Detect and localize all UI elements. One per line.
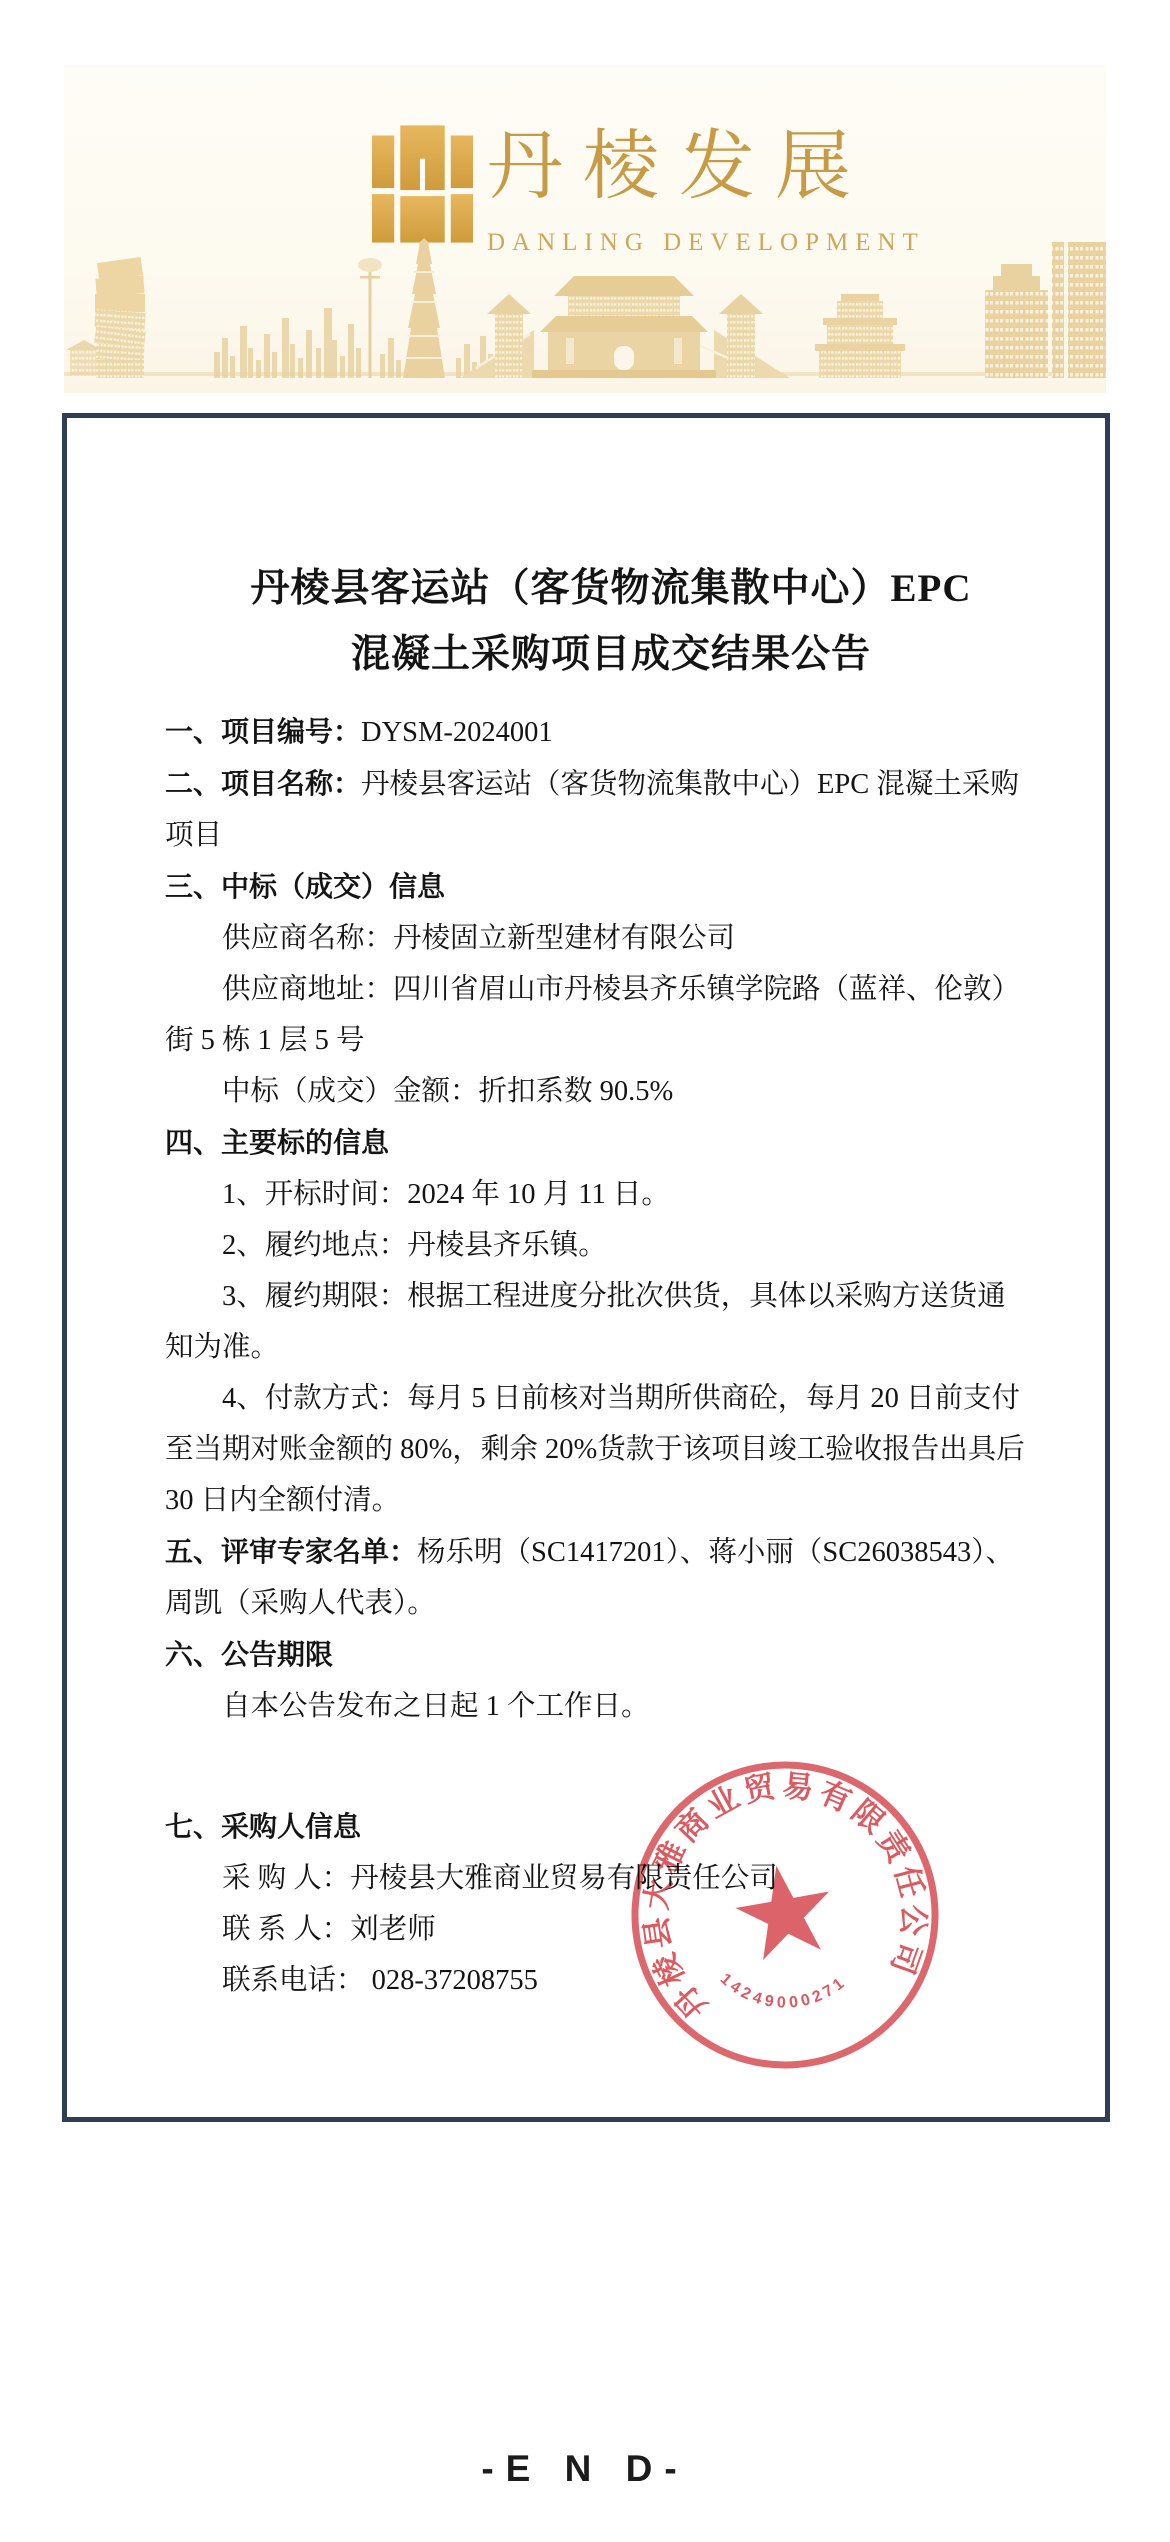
notice-line: 自本公告发布之日起 1 个工作日。: [165, 1681, 1057, 1732]
notice-line: 4、付款方式：每月 5 日前核对当期所供商砼，每月 20 日前支付: [165, 1373, 1057, 1424]
body-text: 供应商名称：丹棱固立新型建材有限公司: [222, 923, 735, 954]
notice-line: 周凯（采购人代表）。: [165, 1578, 1057, 1629]
notice-line: 联系电话： 028-37208755: [165, 1955, 1057, 2006]
body-text: 30 日内全额付清。: [165, 1485, 400, 1516]
body-text: 知为准。: [165, 1332, 279, 1363]
section-heading-text: 五、评审专家名单：: [165, 1536, 417, 1567]
end-mark: -E N D-: [0, 2448, 1170, 2490]
body-text: 2、履约地点：丹棱县齐乐镇。: [222, 1230, 607, 1261]
body-text: 1、开标时间：2024 年 10 月 11 日。: [222, 1179, 670, 1210]
notice-title: 丹棱县客运站（客货物流集散中心）EPC 混凝土采购项目成交结果公告: [165, 556, 1057, 688]
body-text: DYSM-2024001: [361, 717, 553, 748]
body-text: 项目: [165, 820, 222, 851]
section-heading-text: 七、采购人信息: [165, 1811, 361, 1842]
notice-line: 采 购 人：丹棱县大雅商业贸易有限责任公司: [165, 1853, 1057, 1904]
body-text: 周凯（采购人代表）。: [165, 1588, 436, 1619]
notice-title-line2: 混凝土采购项目成交结果公告: [165, 622, 1057, 688]
body-text: 杨乐明（SC1417201）、蒋小丽（SC26038543）、: [417, 1537, 1014, 1568]
notice-line: 五、评审专家名单：杨乐明（SC1417201）、蒋小丽（SC26038543）、: [165, 1526, 1057, 1578]
body-text: 联 系 人：刘老师: [222, 1914, 436, 1945]
section-heading-text: 六、公告期限: [165, 1639, 333, 1670]
notice-line: 2、履约地点：丹棱县齐乐镇。: [165, 1220, 1057, 1271]
body-text: 至当期对账金额的 80%，剩余 20%货款于该项目竣工验收报告出具后: [165, 1434, 1025, 1465]
notice-line: 六、公告期限: [165, 1629, 1057, 1681]
notice-line: 二、项目名称：丹棱县客运站（客货物流集散中心）EPC 混凝土采购: [165, 758, 1057, 810]
page: 丹棱发展 DANLING DEVELOPMENT: [0, 0, 1170, 2542]
body-text: 丹棱县客运站（客货物流集散中心）EPC 混凝土采购: [361, 769, 1019, 800]
notice-title-line1: 丹棱县客运站（客货物流集散中心）EPC: [165, 556, 1057, 622]
body-text: 街 5 栋 1 层 5 号: [165, 1025, 365, 1056]
notice-line: 30 日内全额付清。: [165, 1475, 1057, 1526]
notice-line: 七、采购人信息: [165, 1801, 1057, 1853]
notice-line: 知为准。: [165, 1322, 1057, 1373]
body-text: 供应商地址：四川省眉山市丹棱县齐乐镇学院路（蓝祥、伦敦）: [222, 974, 1020, 1005]
notice-line: 街 5 栋 1 层 5 号: [165, 1015, 1057, 1066]
body-text: 采 购 人：丹棱县大雅商业贸易有限责任公司: [222, 1863, 778, 1894]
notice-line: 1、开标时间：2024 年 10 月 11 日。: [165, 1169, 1057, 1220]
body-text: 3、履约期限：根据工程进度分批次供货，具体以采购方送货通: [222, 1281, 1006, 1312]
body-text: 中标（成交）金额：折扣系数 90.5%: [222, 1076, 673, 1107]
notice-line: 中标（成交）金额：折扣系数 90.5%: [165, 1066, 1057, 1117]
section-heading-text: 四、主要标的信息: [165, 1127, 389, 1158]
notice-line: 3、履约期限：根据工程进度分批次供货，具体以采购方送货通: [165, 1271, 1057, 1322]
section-heading-text: 二、项目名称：: [165, 768, 361, 799]
body-text: 自本公告发布之日起 1 个工作日。: [222, 1691, 650, 1722]
notice-line: 四、主要标的信息: [165, 1117, 1057, 1169]
body-text: 4、付款方式：每月 5 日前核对当期所供商砼，每月 20 日前支付: [222, 1383, 1020, 1414]
body-text: 联系电话： 028-37208755: [222, 1965, 538, 1996]
section-heading-text: 一、项目编号：: [165, 716, 361, 747]
notice-line: 联 系 人：刘老师: [165, 1904, 1057, 1955]
notice-document: 丹棱县客运站（客货物流集散中心）EPC 混凝土采购项目成交结果公告 一、项目编号…: [62, 413, 1110, 2122]
city-skyline-icon: [64, 164, 1106, 379]
notice-line: 项目: [165, 810, 1057, 861]
notice-lines: 一、项目编号：DYSM-2024001二、项目名称：丹棱县客运站（客货物流集散中…: [165, 706, 1057, 2006]
notice-line: 至当期对账金额的 80%，剩余 20%货款于该项目竣工验收报告出具后: [165, 1424, 1057, 1475]
header-panel: 丹棱发展 DANLING DEVELOPMENT: [64, 65, 1106, 393]
notice-line: 三、中标（成交）信息: [165, 861, 1057, 913]
notice-line: 供应商地址：四川省眉山市丹棱县齐乐镇学院路（蓝祥、伦敦）: [165, 964, 1057, 1015]
section-heading-text: 三、中标（成交）信息: [165, 871, 445, 902]
notice-line: 供应商名称：丹棱固立新型建材有限公司: [165, 913, 1057, 964]
notice-line: 一、项目编号：DYSM-2024001: [165, 706, 1057, 758]
